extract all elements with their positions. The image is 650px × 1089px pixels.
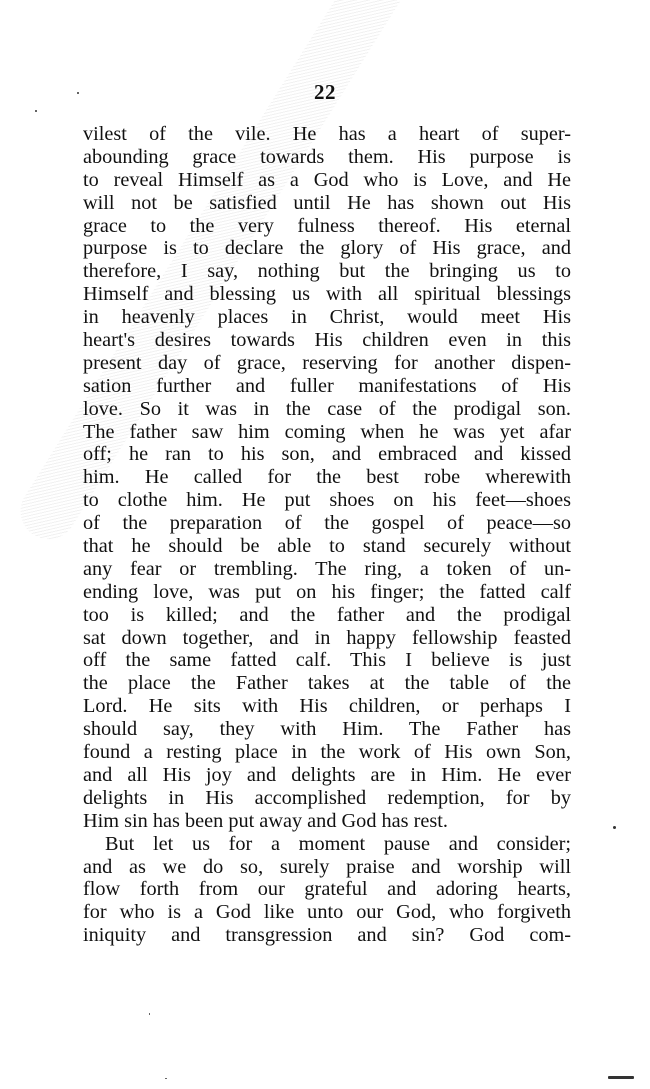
text-line: should say, they with Him. The Father ha… bbox=[83, 718, 571, 741]
text-line: purpose is to declare the glory of His g… bbox=[83, 237, 571, 260]
text-line: too is killed; and the father and the pr… bbox=[83, 604, 571, 627]
text-line: off the same fatted calf. This I believe… bbox=[83, 649, 571, 672]
text-line: of the preparation of the gospel of peac… bbox=[83, 512, 571, 535]
text-line: abounding grace towards them. His purpos… bbox=[83, 146, 571, 169]
text-line: Him sin has been put away and God has re… bbox=[83, 810, 571, 833]
text-line: him. He called for the best robe wherewi… bbox=[83, 466, 571, 489]
scan-speck bbox=[35, 110, 37, 112]
text-line: Himself and blessing us with all spiritu… bbox=[83, 283, 571, 306]
text-line: The father saw him coming when he was ye… bbox=[83, 421, 571, 444]
text-line: in heavenly places in Christ, would meet… bbox=[83, 306, 571, 329]
text-line: heart's desires towards His children eve… bbox=[83, 329, 571, 352]
scan-speck bbox=[165, 1078, 167, 1079]
text-line: sation further and fuller manifestations… bbox=[83, 375, 571, 398]
text-line: ending love, was put on his finger; the … bbox=[83, 581, 571, 604]
text-line: and as we do so, surely praise and worsh… bbox=[83, 856, 571, 879]
text-line: iniquity and transgression and sin? God … bbox=[83, 924, 571, 947]
text-line: any fear or trembling. The ring, a token… bbox=[83, 558, 571, 581]
page-number: 22 bbox=[0, 80, 650, 105]
text-line: for who is a God like unto our God, who … bbox=[83, 901, 571, 924]
text-line: grace to the very fulness thereof. His e… bbox=[83, 215, 571, 238]
body-text: vilest of the vile. He has a heart of su… bbox=[83, 123, 571, 947]
text-line: to reveal Himself as a God who is Love, … bbox=[83, 169, 571, 192]
scan-speck bbox=[149, 1013, 150, 1015]
text-line: present day of grace, reserving for anot… bbox=[83, 352, 571, 375]
text-line: delights in His accomplished redemption,… bbox=[83, 787, 571, 810]
text-line: love. So it was in the case of the prodi… bbox=[83, 398, 571, 421]
text-line: sat down together, and in happy fellowsh… bbox=[83, 627, 571, 650]
text-line: found a resting place in the work of His… bbox=[83, 741, 571, 764]
text-line: that he should be able to stand securely… bbox=[83, 535, 571, 558]
scan-speck bbox=[613, 826, 616, 829]
text-line: flow forth from our grateful and adoring… bbox=[83, 878, 571, 901]
text-line: and all His joy and delights are in Him.… bbox=[83, 764, 571, 787]
text-line: will not be satisfied until He has shown… bbox=[83, 192, 571, 215]
scan-speck bbox=[608, 1076, 634, 1079]
document-page: 22 vilest of the vile. He has a heart of… bbox=[0, 0, 650, 1089]
text-line: the place the Father takes at the table … bbox=[83, 672, 571, 695]
text-line: to clothe him. He put shoes on his feet—… bbox=[83, 489, 571, 512]
text-line: off; he ran to his son, and embraced and… bbox=[83, 443, 571, 466]
text-line: therefore, I say, nothing but the bringi… bbox=[83, 260, 571, 283]
text-line: vilest of the vile. He has a heart of su… bbox=[83, 123, 571, 146]
text-line: Lord. He sits with His children, or perh… bbox=[83, 695, 571, 718]
text-line: But let us for a moment pause and consid… bbox=[83, 833, 571, 856]
